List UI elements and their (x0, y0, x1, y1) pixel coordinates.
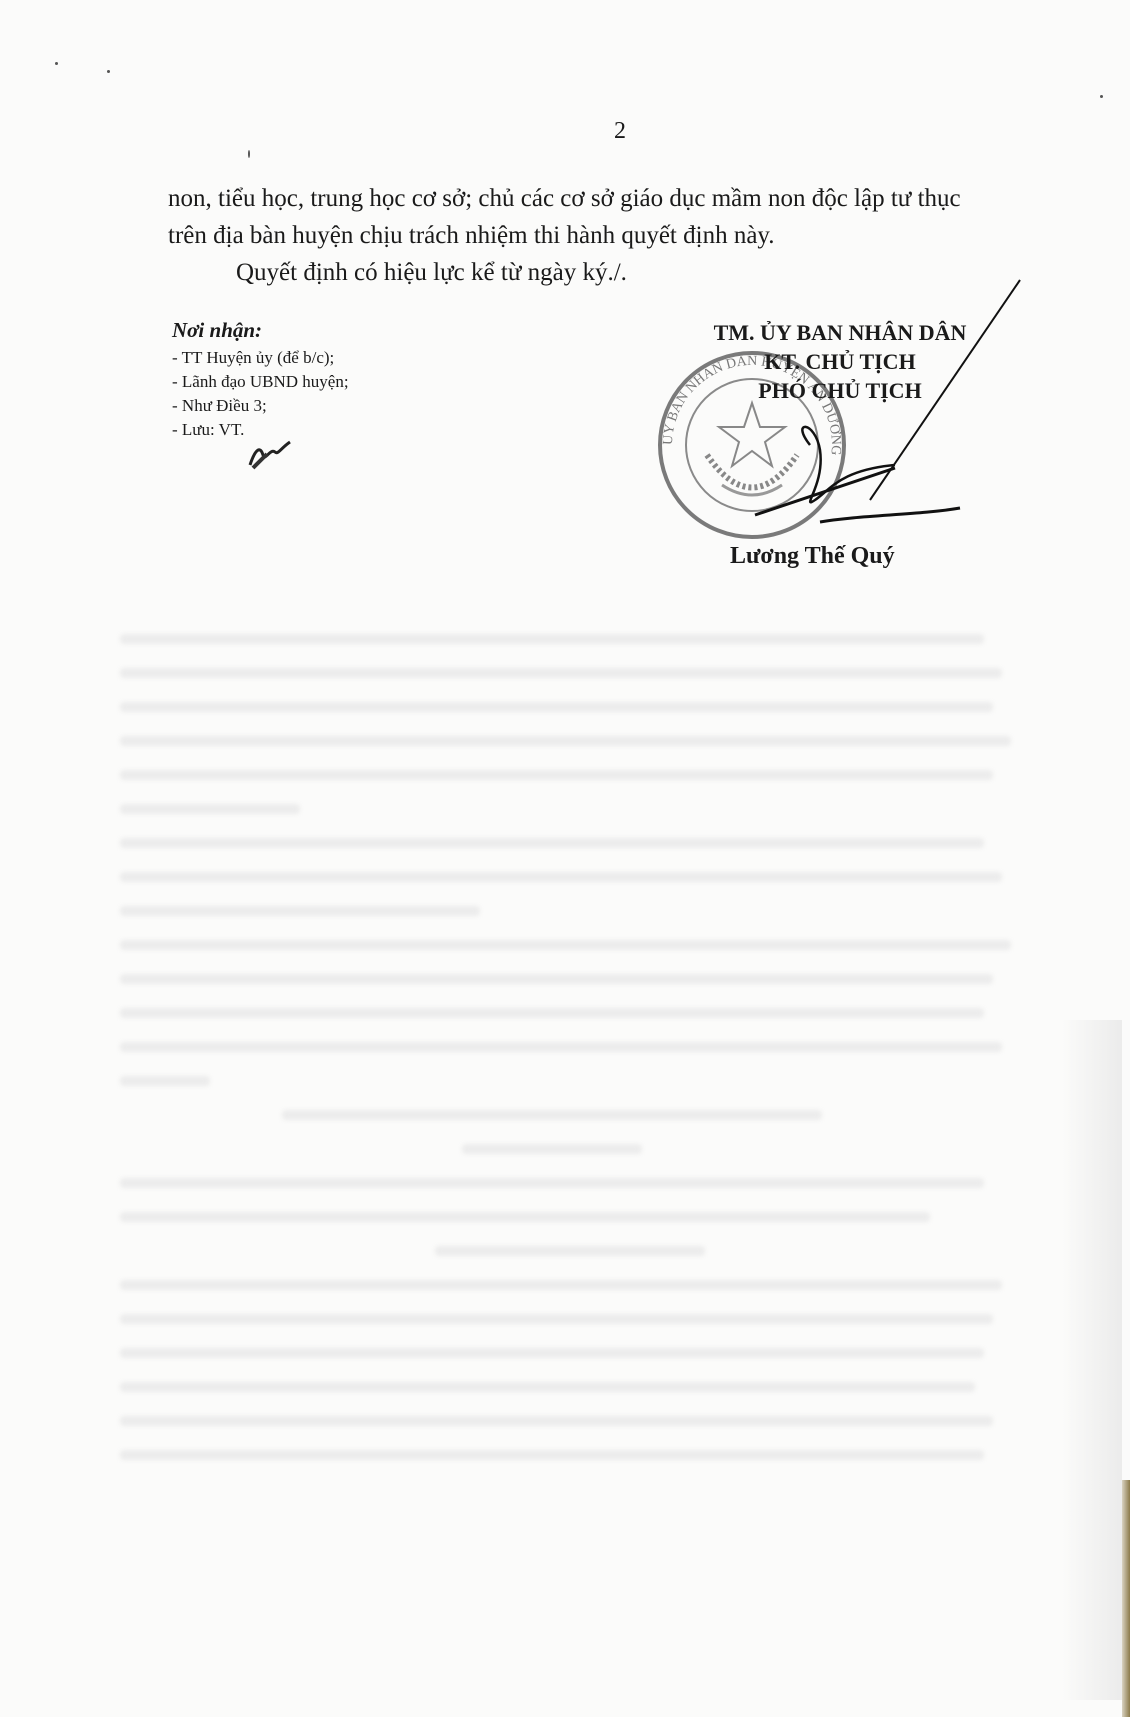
recipients-title: Nơi nhận: (172, 318, 349, 342)
handwritten-signature-icon (720, 270, 1040, 550)
recipients-list: Nơi nhận: - TT Huyện ủy (để b/c); - Lãnh… (172, 318, 349, 442)
page-shadow (1062, 1020, 1122, 1700)
body-line: trên địa bàn huyện chịu trách nhiệm thi … (168, 217, 1068, 254)
scan-speck (107, 70, 110, 73)
recipient-item: - Lãnh đạo UBND huyện; (172, 370, 349, 394)
recipient-item: - Như Điều 3; (172, 394, 349, 418)
recipient-item: - TT Huyện ủy (để b/c); (172, 346, 349, 370)
signer-name: Lương Thế Quý (730, 543, 895, 570)
page-edge (1122, 1480, 1130, 1717)
recipient-item: - Lưu: VT. (172, 418, 349, 442)
bleed-through-text (120, 610, 1020, 1484)
scan-speck (248, 150, 250, 158)
initials-mark-icon (245, 440, 295, 470)
body-line: non, tiểu học, trung học cơ sở; chủ các … (168, 180, 1068, 217)
document-page: 2 non, tiểu học, trung học cơ sở; chủ cá… (0, 0, 1130, 1717)
scan-speck (1100, 95, 1103, 98)
scan-speck (55, 62, 58, 65)
page-number: 2 (614, 118, 626, 145)
